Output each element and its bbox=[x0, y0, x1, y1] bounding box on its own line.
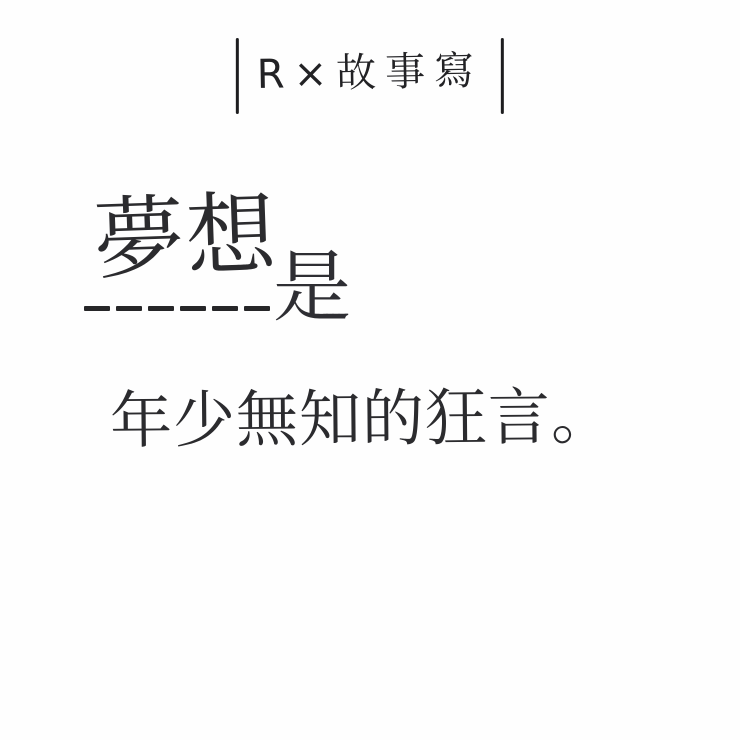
left-divider-bar bbox=[236, 38, 239, 114]
underline-dash bbox=[180, 306, 206, 311]
underline-dash bbox=[244, 306, 270, 311]
quote-copula: 是 bbox=[273, 249, 351, 327]
blank-underline bbox=[84, 306, 270, 311]
underline-dash bbox=[212, 306, 238, 311]
underline-dash bbox=[116, 306, 142, 311]
watermark-text: R×故事寫 bbox=[256, 51, 483, 101]
right-divider-bar bbox=[501, 38, 504, 114]
underline-dash bbox=[84, 306, 110, 311]
quote-card: R×故事寫 夢想 是 年少無知的狂言。 bbox=[0, 0, 740, 740]
quote-blank-word: 夢想 bbox=[92, 183, 280, 293]
underline-dash bbox=[148, 306, 174, 311]
quote-line-2: 年少無知的狂言。 bbox=[110, 380, 615, 459]
watermark-header: R×故事寫 bbox=[236, 36, 504, 116]
